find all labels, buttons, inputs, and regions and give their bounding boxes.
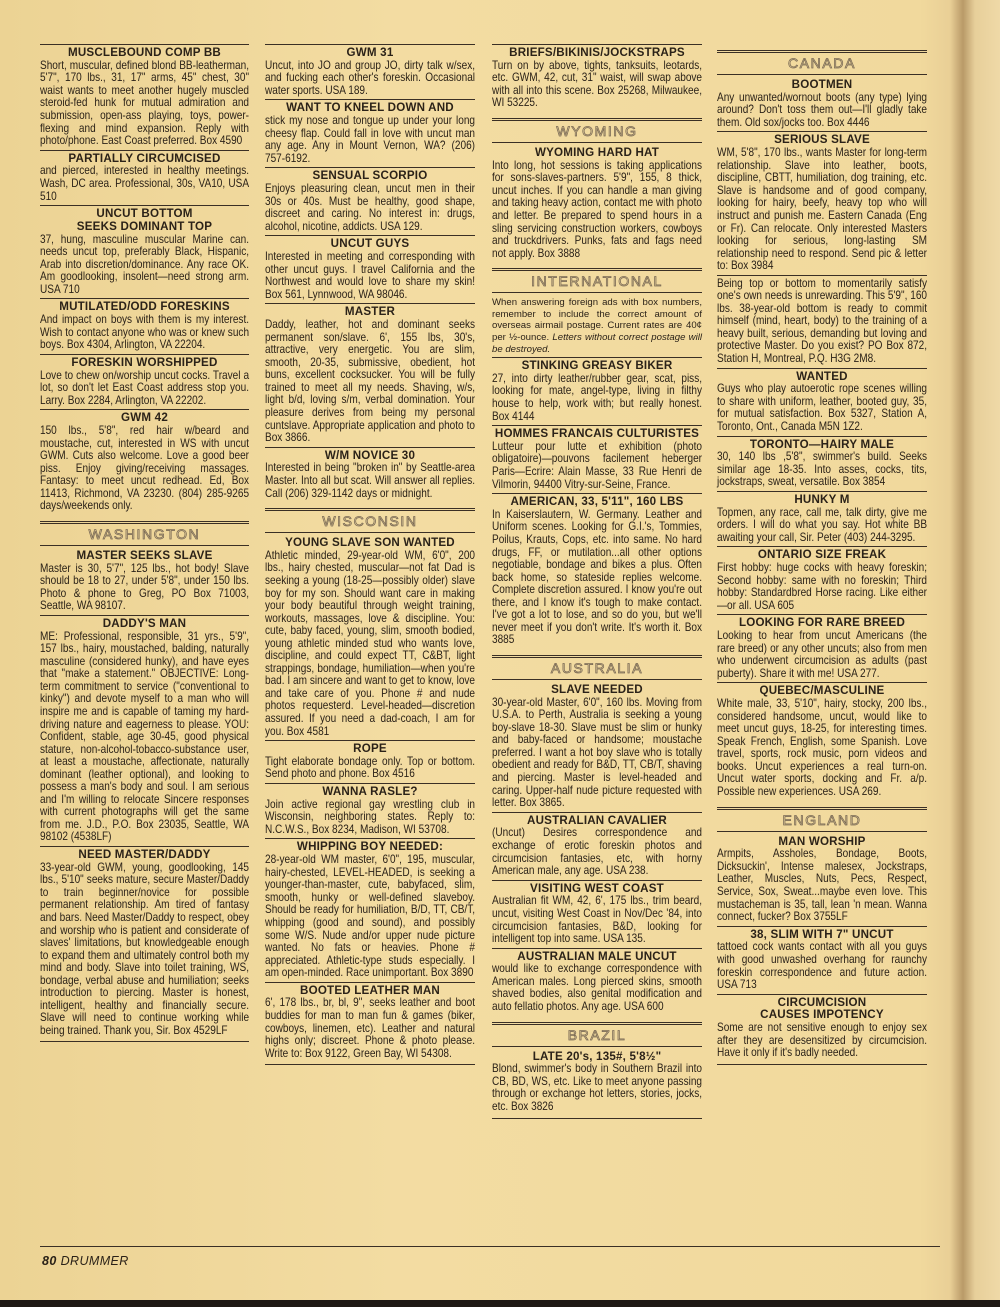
ad-body: would like to exchange correspondence wi… bbox=[492, 963, 702, 1013]
column-1: MUSCLEBOUND COMP BBShort, muscular, defi… bbox=[40, 44, 249, 1042]
ad-body: 30-year-old Master, 6'0", 160 lbs. Movin… bbox=[492, 697, 702, 810]
ad-body: Enjoys pleasuring clean, uncut men in th… bbox=[265, 183, 475, 233]
classified-ad: ONTARIO SIZE FREAKFirst hobby: huge cock… bbox=[717, 546, 927, 614]
classified-ad: WANNA RASLE?Join active regional gay wre… bbox=[265, 783, 475, 838]
section-header: INTERNATIONAL bbox=[492, 268, 702, 293]
ad-title: UNCUT BOTTOM SEEKS DOMINANT TOP bbox=[40, 208, 249, 234]
section-header: BRAZIL bbox=[492, 1022, 702, 1047]
column-4: CANADABOOTMENAny unwanted/wornout boots … bbox=[717, 44, 927, 1065]
column-end-rule bbox=[717, 1064, 927, 1065]
ad-body: Looking to hear from uncut Americans (th… bbox=[717, 630, 927, 680]
classified-ad: WYOMING HARD HATInto long, hot sessions … bbox=[492, 143, 702, 262]
classified-ad: AUSTRALIAN MALE UNCUTwould like to excha… bbox=[492, 948, 702, 1016]
ad-body: ME: Professional, responsible, 31 yrs., … bbox=[40, 631, 249, 844]
classified-ad: WHIPPING BOY NEEDED:28-year-old WM maste… bbox=[265, 838, 475, 981]
ad-body: Join active regional gay wrestling club … bbox=[265, 799, 475, 837]
ad-body: 30, 140 lbs ,5'8", swimmer's build. Seek… bbox=[717, 451, 927, 489]
ad-body: 28-year-old WM master, 6'0", 195, muscul… bbox=[265, 854, 475, 979]
classified-ad: GWM 42150 lbs., 5'8", red hair w/beard a… bbox=[40, 409, 249, 515]
classified-ad: STINKING GREASY BIKER27, into dirty leat… bbox=[492, 357, 702, 425]
ad-body: Uncut, into JO and group JO, dirty talk … bbox=[265, 60, 475, 98]
classified-ad: FORESKIN WORSHIPPEDLove to chew on/worsh… bbox=[40, 354, 249, 409]
section-header: WYOMING bbox=[492, 118, 702, 143]
classified-ad: CIRCUMCISION CAUSES IMPOTENCYSome are no… bbox=[717, 994, 927, 1062]
classified-ad: 38, SLIM WITH 7" UNCUTtattoed cock wants… bbox=[717, 926, 927, 994]
column-2: GWM 31Uncut, into JO and group JO, dirty… bbox=[265, 44, 475, 1065]
classified-ad: VISITING WEST COASTAustralian fit WM, 42… bbox=[492, 880, 702, 948]
section-header: CANADA bbox=[717, 50, 927, 75]
classified-ad: DADDY'S MANME: Professional, responsible… bbox=[40, 615, 249, 846]
section-title: AUSTRALIA bbox=[551, 660, 643, 676]
classified-ad: SENSUAL SCORPIOEnjoys pleasuring clean, … bbox=[265, 167, 475, 235]
ad-body: Being top or bottom to momentarily satis… bbox=[717, 278, 927, 366]
section-title: WYOMING bbox=[556, 123, 637, 139]
ad-body: Armpits, Assholes, Bondage, Boots, Dicks… bbox=[717, 848, 927, 923]
ad-body: Lutteur pour lutte et exhibition (photo … bbox=[492, 441, 702, 491]
ad-body: 37, hung, masculine muscular Marine can.… bbox=[40, 234, 249, 297]
ad-body: Daddy, leather, hot and dominant seeks p… bbox=[265, 319, 475, 444]
classified-ad: QUEBEC/MASCULINEWhite male, 33, 5'10", h… bbox=[717, 682, 927, 800]
ad-body: Into long, hot sessions is taking applic… bbox=[492, 160, 702, 260]
classified-ad: SLAVE NEEDED30-year-old Master, 6'0", 16… bbox=[492, 680, 702, 812]
ad-body: Athletic minded, 29-year-old WM, 6'0", 2… bbox=[265, 550, 475, 738]
classified-ad: NEED MASTER/DADDY33-year-old GWM, young,… bbox=[40, 846, 249, 1039]
section-title: CANADA bbox=[788, 55, 856, 71]
ad-body: and pierced, interested in healthy meeti… bbox=[40, 165, 249, 203]
classified-ad: YOUNG SLAVE SON WANTEDAthletic minded, 2… bbox=[265, 533, 475, 740]
classified-ad: MAN WORSHIPArmpits, Assholes, Bondage, B… bbox=[717, 832, 927, 926]
ad-body: Master is 30, 5'7", 125 lbs., hot body! … bbox=[40, 563, 249, 613]
ad-body: Guys who play autoerotic rope scenes wil… bbox=[717, 383, 927, 433]
classified-ad: ROPETight elaborate bondage only. Top or… bbox=[265, 740, 475, 783]
section-title: BRAZIL bbox=[568, 1027, 627, 1043]
classified-ad: GWM 31Uncut, into JO and group JO, dirty… bbox=[265, 44, 475, 99]
magazine-page: MUSCLEBOUND COMP BBShort, muscular, defi… bbox=[0, 0, 1000, 1307]
ad-body: Some are not sensitive enough to enjoy s… bbox=[717, 1022, 927, 1060]
ad-body: 27, into dirty leather/rubber gear, scat… bbox=[492, 373, 702, 423]
classified-ad: PARTIALLY CIRCUMCISEDand pierced, intere… bbox=[40, 150, 249, 205]
classified-ad: SERIOUS SLAVEWM, 5'8", 170 lbs., wants M… bbox=[717, 131, 927, 274]
ad-body: Tight elaborate bondage only. Top or bot… bbox=[265, 756, 475, 781]
classified-ad: MUSCLEBOUND COMP BBShort, muscular, defi… bbox=[40, 44, 249, 150]
classified-ad: BOOTED LEATHER MAN6', 178 lbs., br, bl, … bbox=[265, 982, 475, 1063]
section-title: ENGLAND bbox=[783, 812, 862, 828]
ad-body: Short, muscular, defined blond BB-leathe… bbox=[40, 60, 249, 148]
column-end-rule bbox=[40, 1041, 249, 1042]
column-3: BRIEFS/BIKINIS/JOCKSTRAPSTurn on by abov… bbox=[492, 44, 702, 1119]
ad-body: Australian fit WM, 42, 6', 175 lbs., tri… bbox=[492, 895, 702, 945]
ad-body: Turn on by above, tights, tanksuits, leo… bbox=[492, 60, 702, 110]
section-header: AUSTRALIA bbox=[492, 655, 702, 680]
ad-body: White male, 33, 5'10", hairy, stocky, 20… bbox=[717, 698, 927, 798]
ad-body: Interested in meeting and corresponding … bbox=[265, 251, 475, 301]
section-header: WASHINGTON bbox=[40, 521, 249, 546]
classified-ad: MASTER SEEKS SLAVEMaster is 30, 5'7", 12… bbox=[40, 546, 249, 615]
classified-ad: W/M NOVICE 30Interested in being "broken… bbox=[265, 447, 475, 502]
ad-body: 33-year-old GWM, young, goodlooking, 145… bbox=[40, 862, 249, 1038]
ad-body: 150 lbs., 5'8", red hair w/beard and mou… bbox=[40, 425, 249, 513]
publication-name: DRUMMER bbox=[61, 1254, 129, 1268]
ad-body: And impact on boys with them is my inter… bbox=[40, 314, 249, 352]
classified-ad: AMERICAN, 33, 5'11", 160 LBSIn Kaisersla… bbox=[492, 493, 702, 649]
section-header: ENGLAND bbox=[717, 807, 927, 832]
section-title: WISCONSIN bbox=[322, 513, 417, 529]
column-end-rule bbox=[492, 1118, 702, 1119]
ad-body: In Kaiserslautern, W. Germany. Leather a… bbox=[492, 509, 702, 647]
classified-ad: BRIEFS/BIKINIS/JOCKSTRAPSTurn on by abov… bbox=[492, 44, 702, 112]
classified-ad: LATE 20's, 135#, 5'8½"Blond, swimmer's b… bbox=[492, 1047, 702, 1116]
ad-body: 6', 178 lbs., br, bl, 9", seeks leather … bbox=[265, 997, 475, 1060]
ad-title: CIRCUMCISION CAUSES IMPOTENCY bbox=[717, 997, 927, 1023]
classified-ad: MASTERDaddy, leather, hot and dominant s… bbox=[265, 303, 475, 446]
section-title: INTERNATIONAL bbox=[531, 273, 663, 289]
ad-body: tattoed cock wants contact with all you … bbox=[717, 941, 927, 991]
ad-body: First hobby: huge cocks with heavy fores… bbox=[717, 562, 927, 612]
classified-ad: UNCUT BOTTOM SEEKS DOMINANT TOP37, hung,… bbox=[40, 205, 249, 298]
classified-ad: AUSTRALIAN CAVALIER(Uncut) Desires corre… bbox=[492, 812, 702, 880]
classified-ad: HUNKY MTopmen, any race, call me, talk d… bbox=[717, 491, 927, 546]
ad-body: Love to chew on/worship uncut cocks. Tra… bbox=[40, 370, 249, 408]
footer-rule bbox=[40, 1246, 940, 1247]
section-header: WISCONSIN bbox=[265, 508, 475, 533]
classified-ad: UNCUT GUYSInterested in meeting and corr… bbox=[265, 235, 475, 303]
classified-ad: TORONTO—HAIRY MALE30, 140 lbs ,5'8", swi… bbox=[717, 436, 927, 491]
classified-ad: WANT TO KNEEL DOWN ANDstick my nose and … bbox=[265, 99, 475, 167]
column-end-rule bbox=[265, 1064, 475, 1065]
page-bottom-edge bbox=[0, 1300, 1000, 1307]
ad-body: (Uncut) Desires correspondence and excha… bbox=[492, 827, 702, 877]
classified-ad: WANTEDGuys who play autoerotic rope scen… bbox=[717, 368, 927, 436]
ad-body: Any unwanted/wornout boots (any type) ly… bbox=[717, 92, 927, 130]
section-title: WASHINGTON bbox=[89, 526, 201, 542]
ad-body: Blond, swimmer's body in Southern Brazil… bbox=[492, 1063, 702, 1113]
page-footer: 80 DRUMMER bbox=[42, 1254, 129, 1268]
classified-ad: HOMMES FRANCAIS CULTURISTESLutteur pour … bbox=[492, 425, 702, 493]
classified-ad: LOOKING FOR RARE BREEDLooking to hear fr… bbox=[717, 614, 927, 682]
page-number: 80 bbox=[42, 1254, 57, 1268]
ad-body: Interested in being "broken in" by Seatt… bbox=[265, 462, 475, 500]
classified-ad: MUTILATED/ODD FORESKINSAnd impact on boy… bbox=[40, 298, 249, 353]
ad-body: stick my nose and tongue up under your l… bbox=[265, 115, 475, 165]
classified-ad: Being top or bottom to momentarily satis… bbox=[717, 275, 927, 368]
ad-body: WM, 5'8", 170 lbs., wants Master for lon… bbox=[717, 147, 927, 272]
ad-body: Topmen, any race, call me, talk dirty, g… bbox=[717, 507, 927, 545]
classified-ad: BOOTMENAny unwanted/wornout boots (any t… bbox=[717, 75, 927, 131]
postage-note: When answering foreign ads with box numb… bbox=[492, 293, 702, 357]
